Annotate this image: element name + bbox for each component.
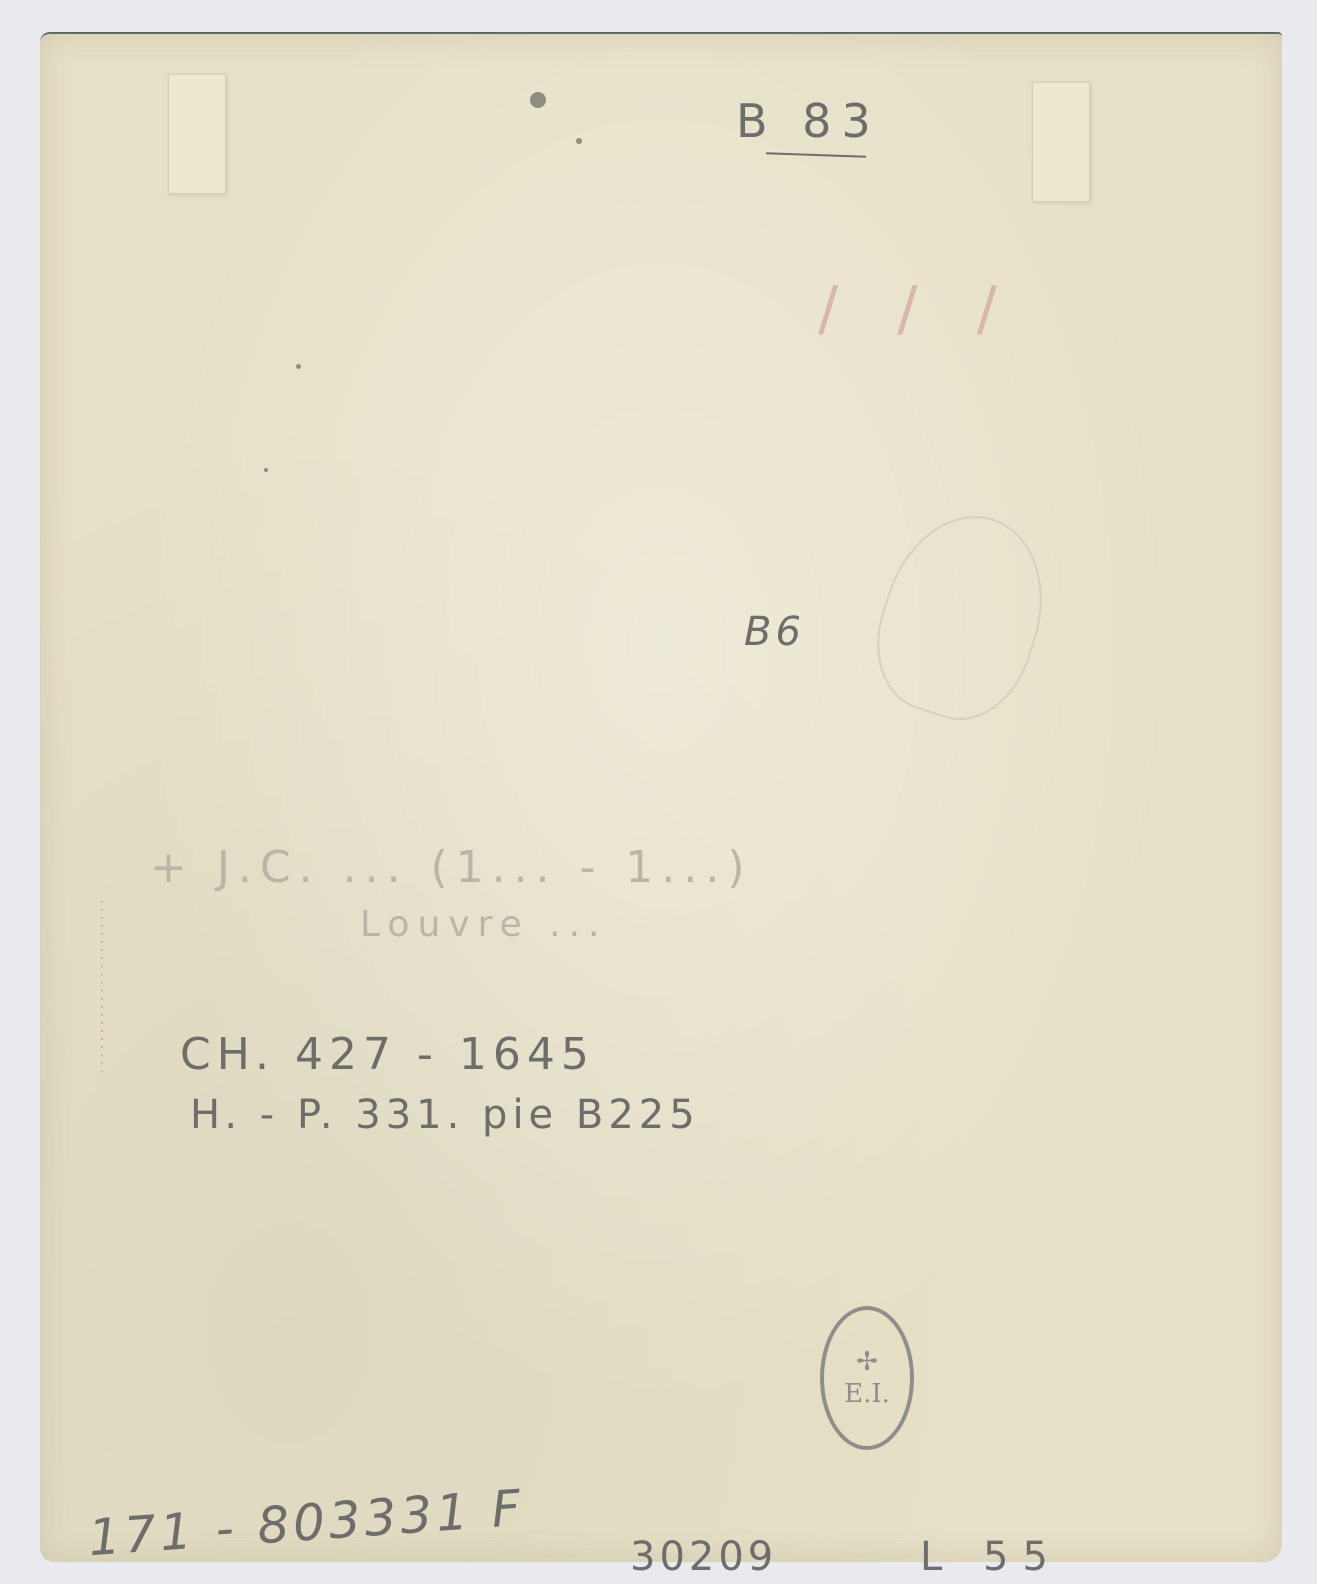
h-reference: H. - P. 331. pie B225 <box>190 1092 700 1138</box>
stamp-letters: E.I. <box>844 1378 890 1410</box>
paper-sheet: B 83 / / / B6 + J.C. ... (1... - 1...) L… <box>40 32 1282 1562</box>
shelfmark-underline <box>766 152 866 157</box>
erased-location-line: Louvre ... <box>360 904 608 945</box>
shelfmark: B 83 <box>736 94 881 148</box>
stain-spot <box>530 92 546 108</box>
stamp-top-glyph: ✢ <box>856 1346 878 1378</box>
red-vertical-marginal-text: ...................... <box>88 896 107 1074</box>
hinge-tape-left <box>168 74 226 194</box>
center-mark: B6 <box>744 609 805 655</box>
stain-spot <box>576 138 582 144</box>
erased-attribution-line: + J.C. ... (1... - 1...) <box>150 842 753 893</box>
inventory-number: 171 - 803331 F <box>87 1479 527 1567</box>
stain-spot <box>264 468 268 472</box>
hinge-tape-right <box>1032 82 1090 202</box>
scanned-page: B 83 / / / B6 + J.C. ... (1... - 1...) L… <box>0 0 1317 1584</box>
collection-stamp: ✢ E.I. <box>820 1306 914 1450</box>
red-pencil-marks: / / / <box>818 274 1017 344</box>
bottom-number: 30209 <box>630 1534 777 1580</box>
faint-question-mark-outline <box>857 495 1067 737</box>
stain-spot <box>296 364 301 369</box>
ch-reference: CH. 427 - 1645 <box>180 1029 595 1080</box>
lot-mark: L 55 <box>920 1534 1062 1580</box>
